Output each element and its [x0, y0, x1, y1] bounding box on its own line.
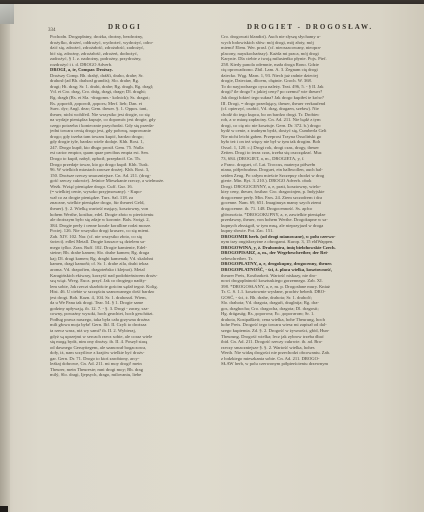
page-number: 334 — [48, 28, 56, 33]
scan-hand-shadow — [0, 506, 8, 512]
running-head-left: DROGI — [108, 23, 142, 31]
left-column: Pochodn. Drogopłatny, drożka, drożny, be… — [50, 34, 217, 378]
binding-gutter — [0, 4, 10, 512]
running-head-right: DROGIET - DROGOSŁAW. — [247, 23, 373, 31]
text-line: SŁAW herb, w polu czerwonym półpierścien… — [221, 361, 401, 367]
page-corner — [0, 4, 14, 24]
dictionary-page: 334 DROGI DROGIET - DROGOSŁAW. Pochodn. … — [0, 4, 424, 512]
right-column: Cro. drogowati blandiri). Auch nie słysz… — [221, 34, 401, 367]
text-line: milý, Slo. dragi, Ijepsych, drago, milov… — [50, 372, 217, 378]
